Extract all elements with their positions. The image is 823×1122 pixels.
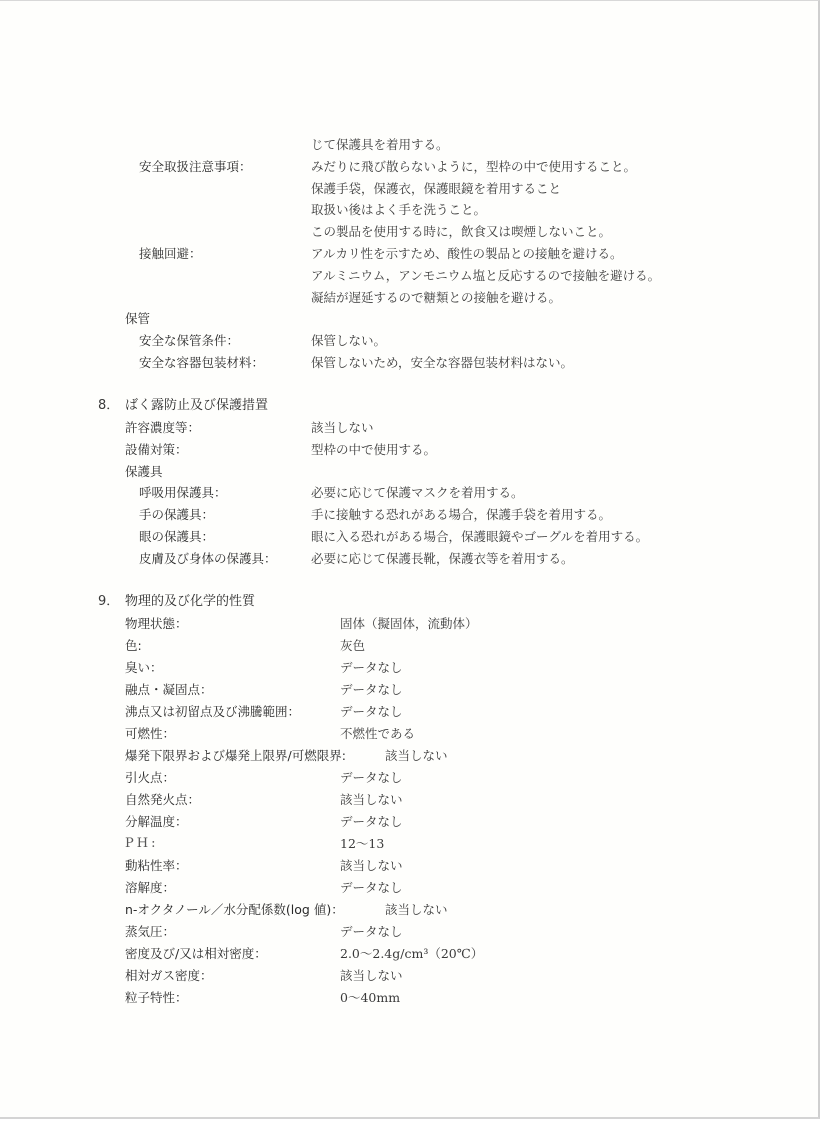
- section8-number: 8．: [98, 395, 119, 417]
- protective-equipment-value: 手に接触する恐れがある場合，保護手袋を着用する。: [311, 504, 611, 526]
- property-label: 沸点又は初留点及び沸騰範囲：: [125, 701, 300, 723]
- property-value: 固体（擬固体，流動体）: [340, 613, 478, 635]
- property-label: 自然発火点：: [125, 789, 200, 811]
- property-value: 該当しない: [340, 789, 403, 811]
- property-value: 2.0～2.4g/cm³（20℃）: [340, 943, 483, 965]
- property-value: 該当しない: [340, 965, 403, 987]
- document-page: じて保護具を着用する。 安全取扱注意事項： みだりに飛び散らないように，型枠の中…: [0, 0, 820, 1119]
- property-label: 相対ガス密度：: [125, 965, 213, 987]
- contact-avoidance-line: アルカリ性を示すため、酸性の製品との接触を避ける。: [311, 243, 623, 265]
- exposure-item-value: 型枠の中で使用する。: [311, 439, 436, 461]
- safety-precautions-line: 取扱い後はよく手を洗うこと。: [311, 199, 486, 221]
- property-label: 粒子特性：: [125, 987, 188, 1009]
- section9-title: 物理的及び化学的性質: [125, 591, 255, 613]
- property-label: 溶解度：: [125, 877, 175, 899]
- property-label: 動粘性率：: [125, 855, 188, 877]
- exposure-item-label: 許容濃度等：: [125, 417, 200, 439]
- exposure-item-label: 設備対策：: [125, 439, 188, 461]
- protective-equipment-value: 必要に応じて保護マスクを着用する。: [311, 482, 524, 504]
- property-label: n-オクタノール／水分配係数(log 値)：: [125, 899, 344, 921]
- property-label: 分解温度：: [125, 811, 188, 833]
- property-label: 可燃性：: [125, 723, 175, 745]
- property-label: 物理状態：: [125, 613, 188, 635]
- property-value: 12～13: [340, 833, 384, 855]
- property-value: データなし: [340, 767, 403, 789]
- storage-item-value: 保管しない。: [311, 330, 386, 352]
- safety-precautions-line: この製品を使用する時に，飲食又は喫煙しないこと。: [311, 221, 611, 243]
- property-label: 引火点：: [125, 767, 175, 789]
- storage-item-value: 保管しないため，安全な容器包装材料はない。: [311, 352, 573, 374]
- property-value: 該当しない: [385, 745, 448, 767]
- storage-item-label: 安全な容器包装材料：: [139, 352, 264, 374]
- protective-equipment-heading: 保護具: [125, 461, 163, 483]
- protective-equipment-label: 眼の保護具：: [139, 526, 214, 548]
- property-value: データなし: [340, 811, 403, 833]
- protective-equipment-value: 必要に応じて保護長靴，保護衣等を着用する。: [311, 548, 574, 570]
- property-label: 色:: [125, 635, 142, 657]
- contact-avoidance-label: 接触回避：: [139, 243, 202, 265]
- safety-precautions-line: みだりに飛び散らないように，型枠の中で使用すること。: [311, 156, 636, 178]
- protective-equipment-label: 皮膚及び身体の保護具：: [139, 548, 277, 570]
- contact-avoidance-line: アルミニウム，アンモニウム塩と反応するので接触を避ける。: [311, 265, 660, 287]
- storage-heading: 保管: [125, 308, 150, 330]
- property-value: 0～40mm: [340, 987, 400, 1009]
- section9-number: 9．: [98, 591, 119, 613]
- property-label: 密度及び/又は相対密度：: [125, 943, 267, 965]
- property-label: 臭い：: [125, 657, 163, 679]
- property-value: データなし: [340, 921, 403, 943]
- property-value: データなし: [340, 701, 403, 723]
- property-label-ph: PH:: [125, 833, 158, 855]
- protective-equipment-value: 眼に入る恐れがある場合，保護眼鏡やゴーグルを着用する。: [311, 526, 648, 548]
- protective-equipment-label: 手の保護具：: [139, 504, 214, 526]
- property-label: 爆発下限界および爆発上限界/可燃限界:: [125, 745, 346, 767]
- property-value: データなし: [340, 657, 403, 679]
- property-value: 不燃性である: [340, 723, 415, 745]
- protective-equipment-label: 呼吸用保護具：: [139, 482, 227, 504]
- property-value: 該当しない: [385, 899, 448, 921]
- property-value: 灰色: [340, 635, 365, 657]
- property-value: データなし: [340, 877, 403, 899]
- safety-precautions-label: 安全取扱注意事項：: [139, 156, 252, 178]
- property-value: 該当しない: [340, 855, 403, 877]
- section8-title: ばく露防止及び保護措置: [125, 395, 268, 417]
- safety-precautions-line: 保護手袋，保護衣，保護眼鏡を着用すること: [311, 178, 561, 200]
- property-value: データなし: [340, 679, 403, 701]
- property-label: 蒸気圧：: [125, 921, 175, 943]
- storage-item-label: 安全な保管条件：: [139, 330, 239, 352]
- handling-continuation-line: じて保護具を着用する。: [311, 134, 449, 156]
- contact-avoidance-line: 凝結が遅延するので糖類との接触を避ける。: [311, 287, 561, 309]
- property-label: 融点・凝固点：: [125, 679, 213, 701]
- exposure-item-value: 該当しない: [311, 417, 374, 439]
